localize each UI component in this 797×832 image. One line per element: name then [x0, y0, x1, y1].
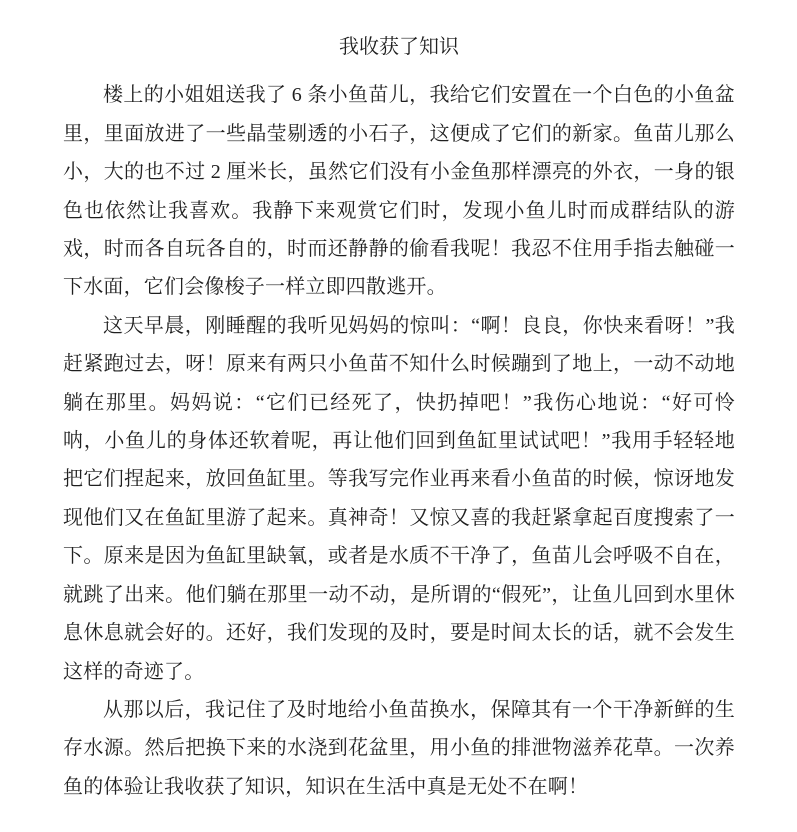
document-page: 我收获了知识 楼上的小姐姐送我了 6 条小鱼苗儿，我给它们安置在一个白色的小鱼盆… — [0, 0, 797, 832]
essay-paragraph-1: 楼上的小姐姐送我了 6 条小鱼苗儿，我给它们安置在一个白色的小鱼盆里，里面放进了… — [63, 76, 735, 306]
essay-paragraph-3: 从那以后，我记住了及时地给小鱼苗换水，保障其有一个干净新鲜的生存水源。然后把换下… — [63, 691, 735, 806]
essay-paragraph-2: 这天早晨，刚睡醒的我听见妈妈的惊叫：“啊！良良，你快来看呀！”我赶紧跑过去，呀！… — [63, 307, 735, 691]
essay-title: 我收获了知识 — [63, 28, 735, 66]
